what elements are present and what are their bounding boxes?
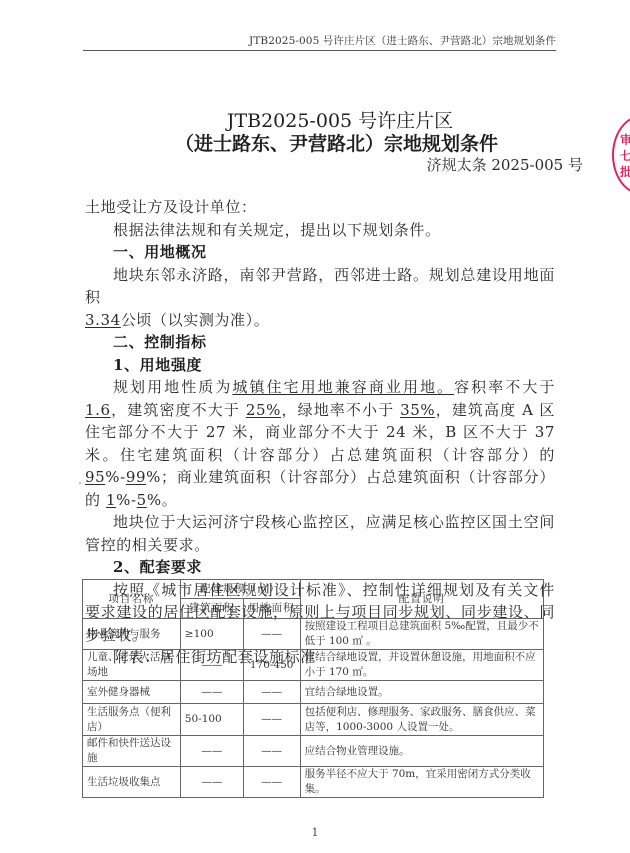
table-row: 生活垃圾收集点 —— —— 服务半径不应大于 70m，宜采用密闭方式分类收集。 — [83, 767, 544, 798]
addressee: 土地受让方及设计单位： — [85, 196, 555, 219]
commercial-share-max: 5 — [137, 491, 147, 509]
running-header: JTB2025-005 号许庄片区（进士路东、尹营路北）宗地规划条件 — [83, 34, 556, 51]
seal-text: 审 七 批 — [620, 132, 630, 180]
land-use-type: 城镇住宅用地兼容商业用地。 — [232, 378, 454, 396]
seal-char: 批 — [620, 164, 630, 180]
page-number: 1 — [0, 826, 630, 839]
cell-notes: 包括便利店、修理服务、家政服务、膳食供应、菜店等，1000-3000 人设置一处… — [300, 704, 543, 736]
cell-land-area: —— — [243, 767, 300, 798]
site-area-value: 3.34 — [85, 311, 121, 329]
building-density: 25% — [246, 401, 281, 419]
green-rate: 35% — [400, 401, 435, 419]
document-title-line2: （进士路东、尹营路北）宗地规划条件 — [175, 132, 475, 156]
cell-land-area: —— — [243, 681, 300, 704]
header-scale: 配建规模（㎡） — [180, 580, 300, 599]
cell-name: 生活垃圾收集点 — [83, 767, 181, 798]
table-header-row: 项目名称 配建规模（㎡） 配置说明 — [83, 580, 544, 599]
text: %- — [116, 491, 137, 509]
text: ，建筑密度不大于 — [111, 401, 246, 419]
cell-land-area: —— — [243, 619, 300, 650]
cell-name: 物业管理与服务 — [83, 619, 181, 650]
header-item-name: 项目名称 — [83, 580, 181, 619]
text: 地块东邻永济路，南邻尹营路，西邻进士路。规划总建设用地面积 — [85, 266, 555, 307]
document-number: 济规太条 2025-005 号 — [427, 155, 583, 175]
cell-name: 儿童、老年人活动场地 — [83, 650, 181, 681]
cell-building-area: —— — [180, 650, 243, 681]
facilities-table: 项目名称 配建规模（㎡） 配置说明 建筑面积 用地面积 物业管理与服务 ≥100… — [82, 579, 544, 798]
table-row: 生活服务点（便利店） 50-100 —— 包括便利店、修理服务、家政服务、膳食供… — [83, 704, 544, 736]
running-header-title: JTB2025-005 号许庄片区（进士路东、尹营路北）宗地规划条件 — [249, 35, 556, 47]
cell-building-area: —— — [180, 736, 243, 767]
commercial-share-min: 1 — [106, 491, 116, 509]
cell-notes: 应结合物业管理设施。 — [300, 736, 543, 767]
cell-building-area: —— — [180, 681, 243, 704]
cell-building-area: 50-100 — [180, 704, 243, 736]
table-row: 物业管理与服务 ≥100 —— 按照建设工程项目总建筑面积 5‰配置，且最少不低… — [83, 619, 544, 650]
land-intensity-paragraph: 规划用地性质为城镇住宅用地兼容商业用地。容积率不大于 1.6，建筑密度不大于 2… — [85, 376, 555, 511]
cell-notes: 宜结合绿地设置。 — [300, 681, 543, 704]
subsection-heading-land-intensity: 1、用地强度 — [85, 354, 555, 377]
table-row: 室外健身器械 —— —— 宜结合绿地设置。 — [83, 681, 544, 704]
floor-area-ratio: 1.6 — [85, 401, 111, 419]
residential-share-min: 95 — [85, 468, 105, 486]
subsection-heading-facilities: 2、配套要求 — [85, 556, 555, 579]
header-land-area: 用地面积 — [243, 599, 300, 619]
header-building-area: 建筑面积 — [180, 599, 243, 619]
cell-notes: 服务半径不应大于 70m，宜采用密闭方式分类收集。 — [300, 767, 543, 798]
cell-name: 邮件和快件送达设施 — [83, 736, 181, 767]
cell-land-area: —— — [243, 704, 300, 736]
text: 容积率不大于 — [454, 378, 555, 396]
cell-land-area: 170-450 — [243, 650, 300, 681]
cell-name: 室外健身器械 — [83, 681, 181, 704]
section-heading-land-overview: 一、用地概况 — [85, 241, 555, 264]
canal-zone-paragraph: 地块位于大运河济宁段核心监控区，应满足核心监控区国土空间管控的相关要求。 — [85, 511, 555, 556]
cell-name: 生活服务点（便利店） — [83, 704, 181, 736]
table-row: 邮件和快件送达设施 —— —— 应结合物业管理设施。 — [83, 736, 544, 767]
cell-building-area: ≥100 — [180, 619, 243, 650]
text: 公顷（以实测为准）。 — [121, 311, 270, 329]
cell-notes: 按照建设工程项目总建筑面积 5‰配置，且最少不低于 100 ㎡ 。 — [300, 619, 543, 650]
text: ，绿地率不小于 — [281, 401, 400, 419]
residential-share-max: 99 — [126, 468, 146, 486]
text: %- — [105, 468, 126, 486]
intro-paragraph: 根据法律法规和有关规定，提出以下规划条件。 — [85, 219, 555, 242]
cell-building-area: —— — [180, 767, 243, 798]
table-row: 儿童、老年人活动场地 —— 170-450 宜结合绿地设置，并设置休憩设施，用地… — [83, 650, 544, 681]
section-heading-control-indicators: 二、控制指标 — [85, 331, 555, 354]
header-notes: 配置说明 — [300, 580, 543, 619]
text: 规划用地性质为 — [113, 378, 232, 396]
scan-speck — [79, 482, 81, 484]
text: %。 — [147, 491, 177, 509]
cell-land-area: —— — [243, 736, 300, 767]
seal-char: 七 — [620, 148, 630, 164]
land-overview-paragraph: 地块东邻永济路，南邻尹营路，西邻进士路。规划总建设用地面积3.34公顷（以实测为… — [85, 264, 555, 332]
document-title-line1: JTB2025-005 号许庄片区 — [190, 109, 490, 133]
seal-char: 审 — [620, 132, 630, 148]
cell-notes: 宜结合绿地设置，并设置休憩设施，用地面积不应小于 170 ㎡。 — [300, 650, 543, 681]
